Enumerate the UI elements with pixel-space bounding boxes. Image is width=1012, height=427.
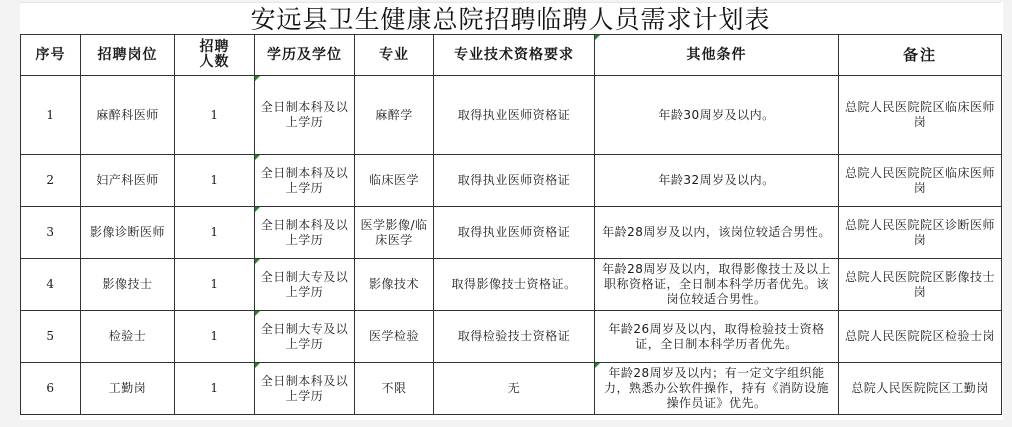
cell-major[interactable]: 不限 xyxy=(355,363,434,415)
spreadsheet-sheet: 安远县卫生健康总院招聘临聘人员需求计划表 序号 招聘岗位 招聘 人数 学历及学位… xyxy=(20,2,1003,420)
table-row: 2 妇产科医师 1 全日制本科及以上学历 临床医学 取得执业医师资格证 年龄32… xyxy=(21,155,1002,207)
comment-marker-icon xyxy=(255,363,260,368)
cell-count[interactable]: 1 xyxy=(175,207,255,259)
cell-seq[interactable]: 1 xyxy=(21,76,81,155)
cell-seq[interactable]: 6 xyxy=(21,363,81,415)
comment-marker-icon xyxy=(255,207,260,212)
cell-other[interactable]: 年龄28周岁及以内；有一定文字组织能力，熟悉办公软件操作，持有《消防设施操作员证… xyxy=(595,363,839,415)
cell-position[interactable]: 工勤岗 xyxy=(81,363,175,415)
cell-major[interactable]: 医学检验 xyxy=(355,311,434,363)
cell-other[interactable]: 年龄28周岁及以内，该岗位较适合男性。 xyxy=(595,207,839,259)
cell-qualification[interactable]: 取得执业医师资格证 xyxy=(434,155,595,207)
header-count-line1: 招聘 xyxy=(178,40,251,55)
header-row: 序号 招聘岗位 招聘 人数 学历及学位 专业 专业技术资格要求 其他条件 备注 xyxy=(21,35,1002,76)
cell-major[interactable]: 麻醉学 xyxy=(355,76,434,155)
header-other[interactable]: 其他条件 xyxy=(595,35,839,76)
cell-education[interactable]: 全日制本科及以上学历 xyxy=(255,155,355,207)
cell-seq[interactable]: 4 xyxy=(21,259,81,311)
cell-position[interactable]: 检验士 xyxy=(81,311,175,363)
header-remarks[interactable]: 备注 xyxy=(839,35,1002,76)
cell-remarks[interactable]: 总院人民医院院区临床医师岗 xyxy=(839,76,1002,155)
comment-marker-icon xyxy=(255,76,260,81)
cell-remarks[interactable]: 总院人民医院院区临床医师岗 xyxy=(839,155,1002,207)
cell-qualification[interactable]: 取得执业医师资格证 xyxy=(434,76,595,155)
cell-seq[interactable]: 5 xyxy=(21,311,81,363)
document-title: 安远县卫生健康总院招聘临聘人员需求计划表 xyxy=(20,2,1001,35)
header-count-line2: 人数 xyxy=(178,55,251,70)
table-row: 3 影像诊断医师 1 全日制本科及以上学历 医学影像/临床医学 取得执业医师资格… xyxy=(21,207,1002,259)
cell-education[interactable]: 全日制大专及以上学历 xyxy=(255,311,355,363)
cell-education-text: 全日制本科及以上学历 xyxy=(261,218,349,247)
header-qualification[interactable]: 专业技术资格要求 xyxy=(434,35,595,76)
cell-count[interactable]: 1 xyxy=(175,259,255,311)
cell-position[interactable]: 妇产科医师 xyxy=(81,155,175,207)
cell-education[interactable]: 全日制本科及以上学历 xyxy=(255,207,355,259)
cell-other[interactable]: 年龄30周岁及以内。 xyxy=(595,76,839,155)
cell-education[interactable]: 全日制本科及以上学历 xyxy=(255,76,355,155)
cell-education-text: 全日制本科及以上学历 xyxy=(261,374,349,403)
comment-marker-icon xyxy=(255,259,260,264)
table-row: 4 影像技士 1 全日制大专及以上学历 影像技术 取得影像技士资格证。 年龄28… xyxy=(21,259,1002,311)
cell-education-text: 全日制本科及以上学历 xyxy=(261,100,349,129)
cell-education[interactable]: 全日制大专及以上学历 xyxy=(255,259,355,311)
header-seq[interactable]: 序号 xyxy=(21,35,81,76)
header-education[interactable]: 学历及学位 xyxy=(255,35,355,76)
cell-education-text: 全日制大专及以上学历 xyxy=(261,322,349,351)
cell-remarks[interactable]: 总院人民医院院区工勤岗 xyxy=(839,363,1002,415)
cell-education-text: 全日制本科及以上学历 xyxy=(261,166,349,195)
cell-remarks[interactable]: 总院人民医院院区检验士岗 xyxy=(839,311,1002,363)
comment-marker-icon xyxy=(595,35,600,40)
table-row: 5 检验士 1 全日制大专及以上学历 医学检验 取得检验技士资格证 年龄26周岁… xyxy=(21,311,1002,363)
cell-position[interactable]: 影像技士 xyxy=(81,259,175,311)
cell-seq[interactable]: 3 xyxy=(21,207,81,259)
cell-count[interactable]: 1 xyxy=(175,311,255,363)
cell-count[interactable]: 1 xyxy=(175,155,255,207)
cell-education-text: 全日制大专及以上学历 xyxy=(261,270,349,299)
cell-other[interactable]: 年龄28周岁及以内，取得影像技士及以上职称资格证，全日制本科学历者优先。该岗位较… xyxy=(595,259,839,311)
cell-other[interactable]: 年龄26周岁及以内，取得检验技士资格证，全日制本科学历者优先。 xyxy=(595,311,839,363)
cell-seq[interactable]: 2 xyxy=(21,155,81,207)
cell-other-text: 年龄28周岁及以内；有一定文字组织能力，熟悉办公软件操作，持有《消防设施操作员证… xyxy=(604,366,829,410)
header-count[interactable]: 招聘 人数 xyxy=(175,35,255,76)
table-row: 6 工勤岗 1 全日制本科及以上学历 不限 无 年龄28周岁及以内；有一定文字组… xyxy=(21,363,1002,415)
recruitment-plan-table: 序号 招聘岗位 招聘 人数 学历及学位 专业 专业技术资格要求 其他条件 备注 … xyxy=(20,34,1002,415)
cell-qualification[interactable]: 取得执业医师资格证 xyxy=(434,207,595,259)
cell-major[interactable]: 医学影像/临床医学 xyxy=(355,207,434,259)
cell-other[interactable]: 年龄32周岁及以内。 xyxy=(595,155,839,207)
header-major[interactable]: 专业 xyxy=(355,35,434,76)
cell-qualification[interactable]: 取得影像技士资格证。 xyxy=(434,259,595,311)
table-row: 1 麻醉科医师 1 全日制本科及以上学历 麻醉学 取得执业医师资格证 年龄30周… xyxy=(21,76,1002,155)
cell-count[interactable]: 1 xyxy=(175,363,255,415)
cell-major[interactable]: 影像技术 xyxy=(355,259,434,311)
comment-marker-icon xyxy=(255,155,260,160)
header-position[interactable]: 招聘岗位 xyxy=(81,35,175,76)
cell-remarks[interactable]: 总院人民医院院区诊断医师岗 xyxy=(839,207,1002,259)
cell-education[interactable]: 全日制本科及以上学历 xyxy=(255,363,355,415)
cell-qualification[interactable]: 取得检验技士资格证 xyxy=(434,311,595,363)
comment-marker-icon xyxy=(595,363,600,368)
cell-major[interactable]: 临床医学 xyxy=(355,155,434,207)
header-other-label: 其他条件 xyxy=(687,47,747,63)
cell-count[interactable]: 1 xyxy=(175,76,255,155)
cell-position[interactable]: 麻醉科医师 xyxy=(81,76,175,155)
comment-marker-icon xyxy=(255,311,260,316)
cell-remarks[interactable]: 总院人民医院院区影像技士岗 xyxy=(839,259,1002,311)
cell-position[interactable]: 影像诊断医师 xyxy=(81,207,175,259)
cell-qualification[interactable]: 无 xyxy=(434,363,595,415)
